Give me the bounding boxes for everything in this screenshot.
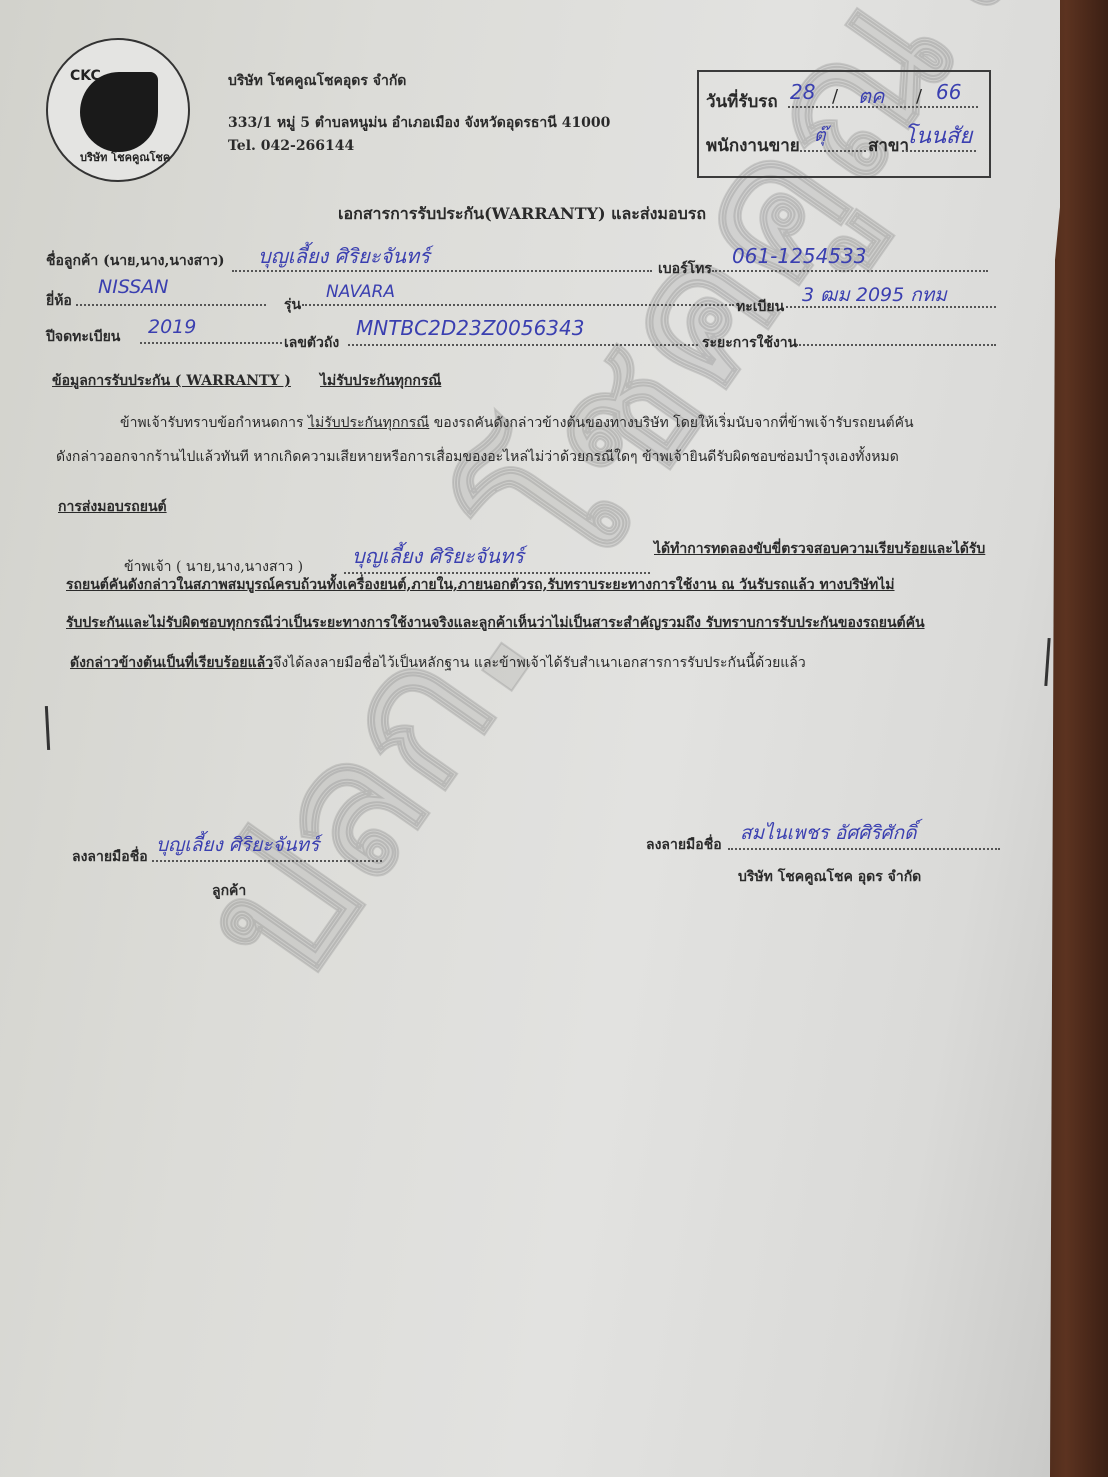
sales-value: ตุ๊ bbox=[814, 120, 826, 149]
warranty-para-rest: ของรถคันดังกล่าวข้างต้นของทางบริษัท โดยใ… bbox=[434, 415, 914, 431]
customer-signature: บุญเลี้ยง ศิริยะจันทร์ bbox=[156, 830, 319, 860]
customer-sign-label: ลงลายมือชื่อ bbox=[72, 846, 148, 868]
receive-date-day: 28 bbox=[790, 80, 815, 104]
logo-text: CKC bbox=[70, 68, 101, 84]
chassis-value: MNTBC2D23Z0056343 bbox=[356, 316, 584, 340]
warranty-para-line2: ดังกล่าวออกจากร้านไปแล้วทันที หากเกิดควา… bbox=[56, 446, 899, 468]
document-title: เอกสารการรับประกัน(WARRANTY) และส่งมอบรถ bbox=[338, 202, 706, 227]
reg-year-label: ปีจดทะเบียน bbox=[46, 326, 120, 348]
plate-label: ทะเบียน bbox=[736, 296, 784, 318]
warranty-para-start: ข้าพเจ้ารับทราบข้อกำหนดการ bbox=[120, 415, 303, 431]
warranty-no-guarantee: ไม่รับประกันทุกกรณี bbox=[308, 415, 429, 431]
company-tel: Tel. 042-266144 bbox=[228, 138, 354, 154]
pen-mark bbox=[45, 706, 50, 750]
model-label: รุ่น bbox=[284, 294, 301, 316]
brand-field[interactable] bbox=[76, 304, 266, 306]
customer-name-value: บุญเลี้ยง ศิริยะจันทร์ bbox=[258, 240, 430, 272]
delivery-heading: การส่งมอบรถยนต์ bbox=[58, 496, 167, 518]
brand-label: ยี่ห้อ bbox=[46, 290, 72, 312]
warranty-heading-note: ไม่รับประกันทุกกรณี bbox=[320, 370, 441, 392]
receive-date-year: 66 bbox=[936, 80, 961, 104]
mileage-label: ระยะการใช้งาน bbox=[702, 332, 797, 354]
phone-value: 061-1254533 bbox=[732, 244, 866, 268]
horse-emblem-icon bbox=[80, 72, 158, 152]
delivery-name-value: บุญเลี้ยง ศิริยะจันทร์ bbox=[352, 540, 524, 572]
company-caption: บริษัท โชคคูณโชค อุดร จำกัด bbox=[738, 866, 921, 888]
phone-label: เบอร์โทร bbox=[658, 258, 712, 280]
warranty-document: ปลก. โชคคูณโชค CKC บริษัท โชคคูณโชค บริษ… bbox=[0, 0, 1060, 1477]
reg-year-value: 2019 bbox=[148, 316, 196, 338]
mileage-field[interactable] bbox=[796, 344, 996, 346]
reg-year-field[interactable] bbox=[140, 342, 282, 344]
sales-field[interactable] bbox=[800, 150, 866, 152]
company-name: บริษัท โชคคูณโชคอุดร จำกัด bbox=[228, 70, 406, 92]
delivery-line3: รับประกันและไม่รับผิดชอบทุกกรณีว่าเป็นระ… bbox=[66, 612, 925, 634]
customer-caption: ลูกค้า bbox=[212, 880, 246, 902]
brand-value: NISSAN bbox=[98, 276, 168, 298]
delivery-line1-rest: ได้ทำการทดลองขับขี่ตรวจสอบความเรียบร้อยแ… bbox=[654, 538, 985, 560]
pen-mark bbox=[1044, 638, 1050, 686]
chassis-label: เลขตัวถัง bbox=[284, 332, 339, 354]
company-sign-label: ลงลายมือชื่อ bbox=[646, 834, 722, 856]
warranty-heading: ข้อมูลการรับประกัน ( WARRANTY ) bbox=[52, 370, 291, 392]
receive-date-label: วันที่รับรถ bbox=[706, 88, 778, 115]
company-logo: CKC บริษัท โชคคูณโชค bbox=[46, 38, 190, 182]
model-value: NAVARA bbox=[326, 282, 395, 302]
receive-date-month: ตค bbox=[858, 80, 884, 112]
plate-value: 3 ฒม 2095 กทม bbox=[802, 280, 947, 310]
customer-name-label: ชื่อลูกค้า (นาย,นาง,นางสาว) bbox=[46, 250, 225, 272]
delivery-line2: รถยนต์คันดังกล่าวในสภาพสมบูรณ์ครบถ้วนทั้… bbox=[66, 574, 895, 596]
branch-label: สาขา bbox=[868, 132, 909, 159]
customer-signature-field[interactable] bbox=[152, 860, 382, 862]
sales-label: พนักงานขาย bbox=[706, 132, 800, 159]
branch-value: โนนสัย bbox=[904, 118, 972, 153]
delivery-line4-underlined: ดังกล่าวข้างต้นเป็นที่เรียบร้อยแล้ว bbox=[70, 655, 273, 671]
phone-field[interactable] bbox=[712, 270, 988, 272]
company-address: 333/1 หมู่ 5 ตำบลหนูม่น อำเภอเมือง จังหว… bbox=[228, 112, 610, 134]
model-field[interactable] bbox=[302, 304, 734, 306]
logo-ring-text: บริษัท โชคคูณโชค bbox=[80, 148, 170, 166]
delivery-line4-rest: จึงได้ลงลายมือชื่อไว้เป็นหลักฐาน และข้าพ… bbox=[273, 655, 806, 671]
company-signature: สมไนเพชร อัศศิริศักดิ์ bbox=[740, 818, 916, 848]
company-signature-field[interactable] bbox=[728, 848, 1000, 850]
chassis-field[interactable] bbox=[348, 344, 698, 346]
